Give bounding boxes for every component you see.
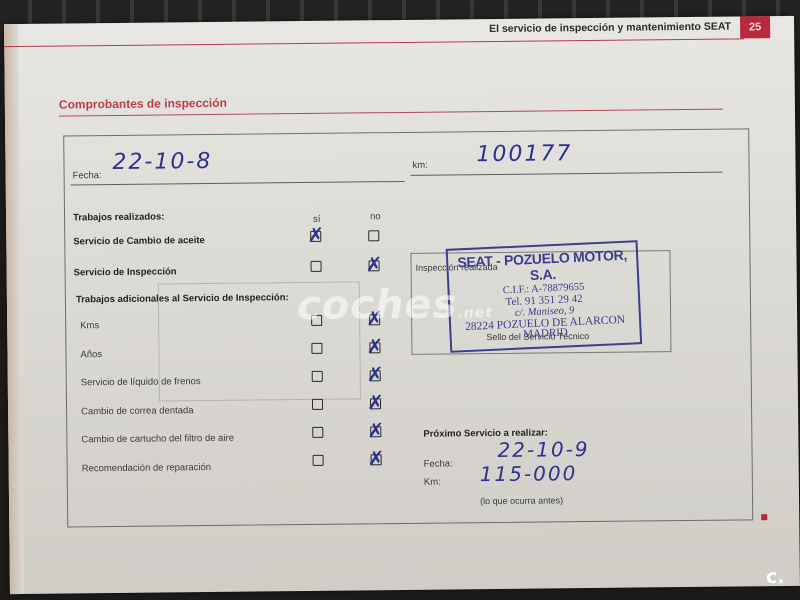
red-corner-marker: [761, 514, 767, 520]
checklist-label: Recomendación de reparación: [82, 462, 211, 474]
checklist-label: Años: [80, 349, 102, 360]
col-no-label: no: [370, 211, 381, 222]
next-fecha-label: Fecha:: [424, 458, 453, 469]
fecha-value[interactable]: 22-10-8: [112, 149, 212, 175]
checklist-row: Servicio de Inspección✗: [64, 129, 748, 136]
checklist-label: Cambio de cartucho del filtro de aire: [81, 433, 234, 446]
handwritten-check-mark-icon: ✗: [367, 448, 384, 468]
km-underline: [411, 172, 723, 176]
checklist-row: Cambio de cartucho del filtro de aire✗: [64, 129, 748, 136]
handwritten-check-mark-icon: ✗: [365, 254, 382, 274]
checklist-row: Servicio de Cambio de aceite✗: [64, 129, 748, 136]
watermark-suffix: .net: [457, 305, 493, 321]
fecha-underline: [71, 181, 405, 185]
handwritten-check-mark-icon: ✗: [366, 336, 383, 356]
handwritten-check-mark-icon: ✗: [307, 225, 324, 245]
checklist-row: Cambio de correa dentada✗: [64, 129, 748, 136]
checkbox-si[interactable]: [312, 371, 323, 382]
handwritten-check-mark-icon: ✗: [367, 420, 384, 440]
checklist-row: Recomendación de reparación✗: [64, 129, 748, 136]
checkbox-no[interactable]: [368, 230, 379, 241]
checklist-row: Kms✗: [64, 129, 748, 136]
checkbox-si[interactable]: [311, 343, 322, 354]
next-service-note: (lo que ocurra antes): [480, 495, 563, 506]
corner-logo: c.: [766, 566, 784, 588]
km-label: km:: [412, 160, 427, 171]
checkbox-si[interactable]: [312, 427, 323, 438]
next-km-value[interactable]: 115-000: [480, 461, 578, 486]
checklist-label: Servicio de Cambio de aceite: [73, 235, 205, 247]
checklist-label: Cambio de correa dentada: [81, 405, 194, 417]
services-list: Servicio de Cambio de aceite✗Servicio de…: [64, 129, 748, 136]
checkbox-si[interactable]: [311, 261, 322, 272]
page-number: 25: [740, 16, 770, 38]
coches-net-watermark: coches.net: [297, 281, 493, 329]
next-fecha-value[interactable]: 22-10-9: [497, 437, 589, 462]
checklist-row: Años✗: [64, 129, 748, 136]
handwritten-check-mark-icon: ✗: [367, 364, 384, 384]
checklist-label: Servicio de Inspección: [74, 266, 177, 278]
trabajos-realizados-label: Trabajos realizados:: [73, 211, 164, 223]
watermark-text: coches: [297, 281, 458, 329]
section-title: Comprobantes de inspección: [59, 96, 227, 112]
header-rule: [4, 38, 744, 47]
checklist-row: Servicio de líquido de frenos✗: [64, 129, 748, 136]
km-value[interactable]: 100177: [476, 141, 572, 167]
page-header-title: El servicio de inspección y mantenimient…: [489, 21, 731, 36]
checkbox-si[interactable]: [313, 455, 324, 466]
service-book-page: El servicio de inspección y mantenimient…: [4, 16, 800, 594]
checklist-label: Servicio de líquido de frenos: [81, 376, 201, 388]
next-km-label: Km:: [424, 477, 441, 488]
additional-list: Kms✗Años✗Servicio de líquido de frenos✗C…: [64, 129, 748, 136]
checkbox-si[interactable]: [312, 399, 323, 410]
fecha-label: Fecha:: [73, 170, 102, 181]
checklist-label: Kms: [80, 320, 99, 331]
handwritten-check-mark-icon: ✗: [367, 392, 384, 412]
